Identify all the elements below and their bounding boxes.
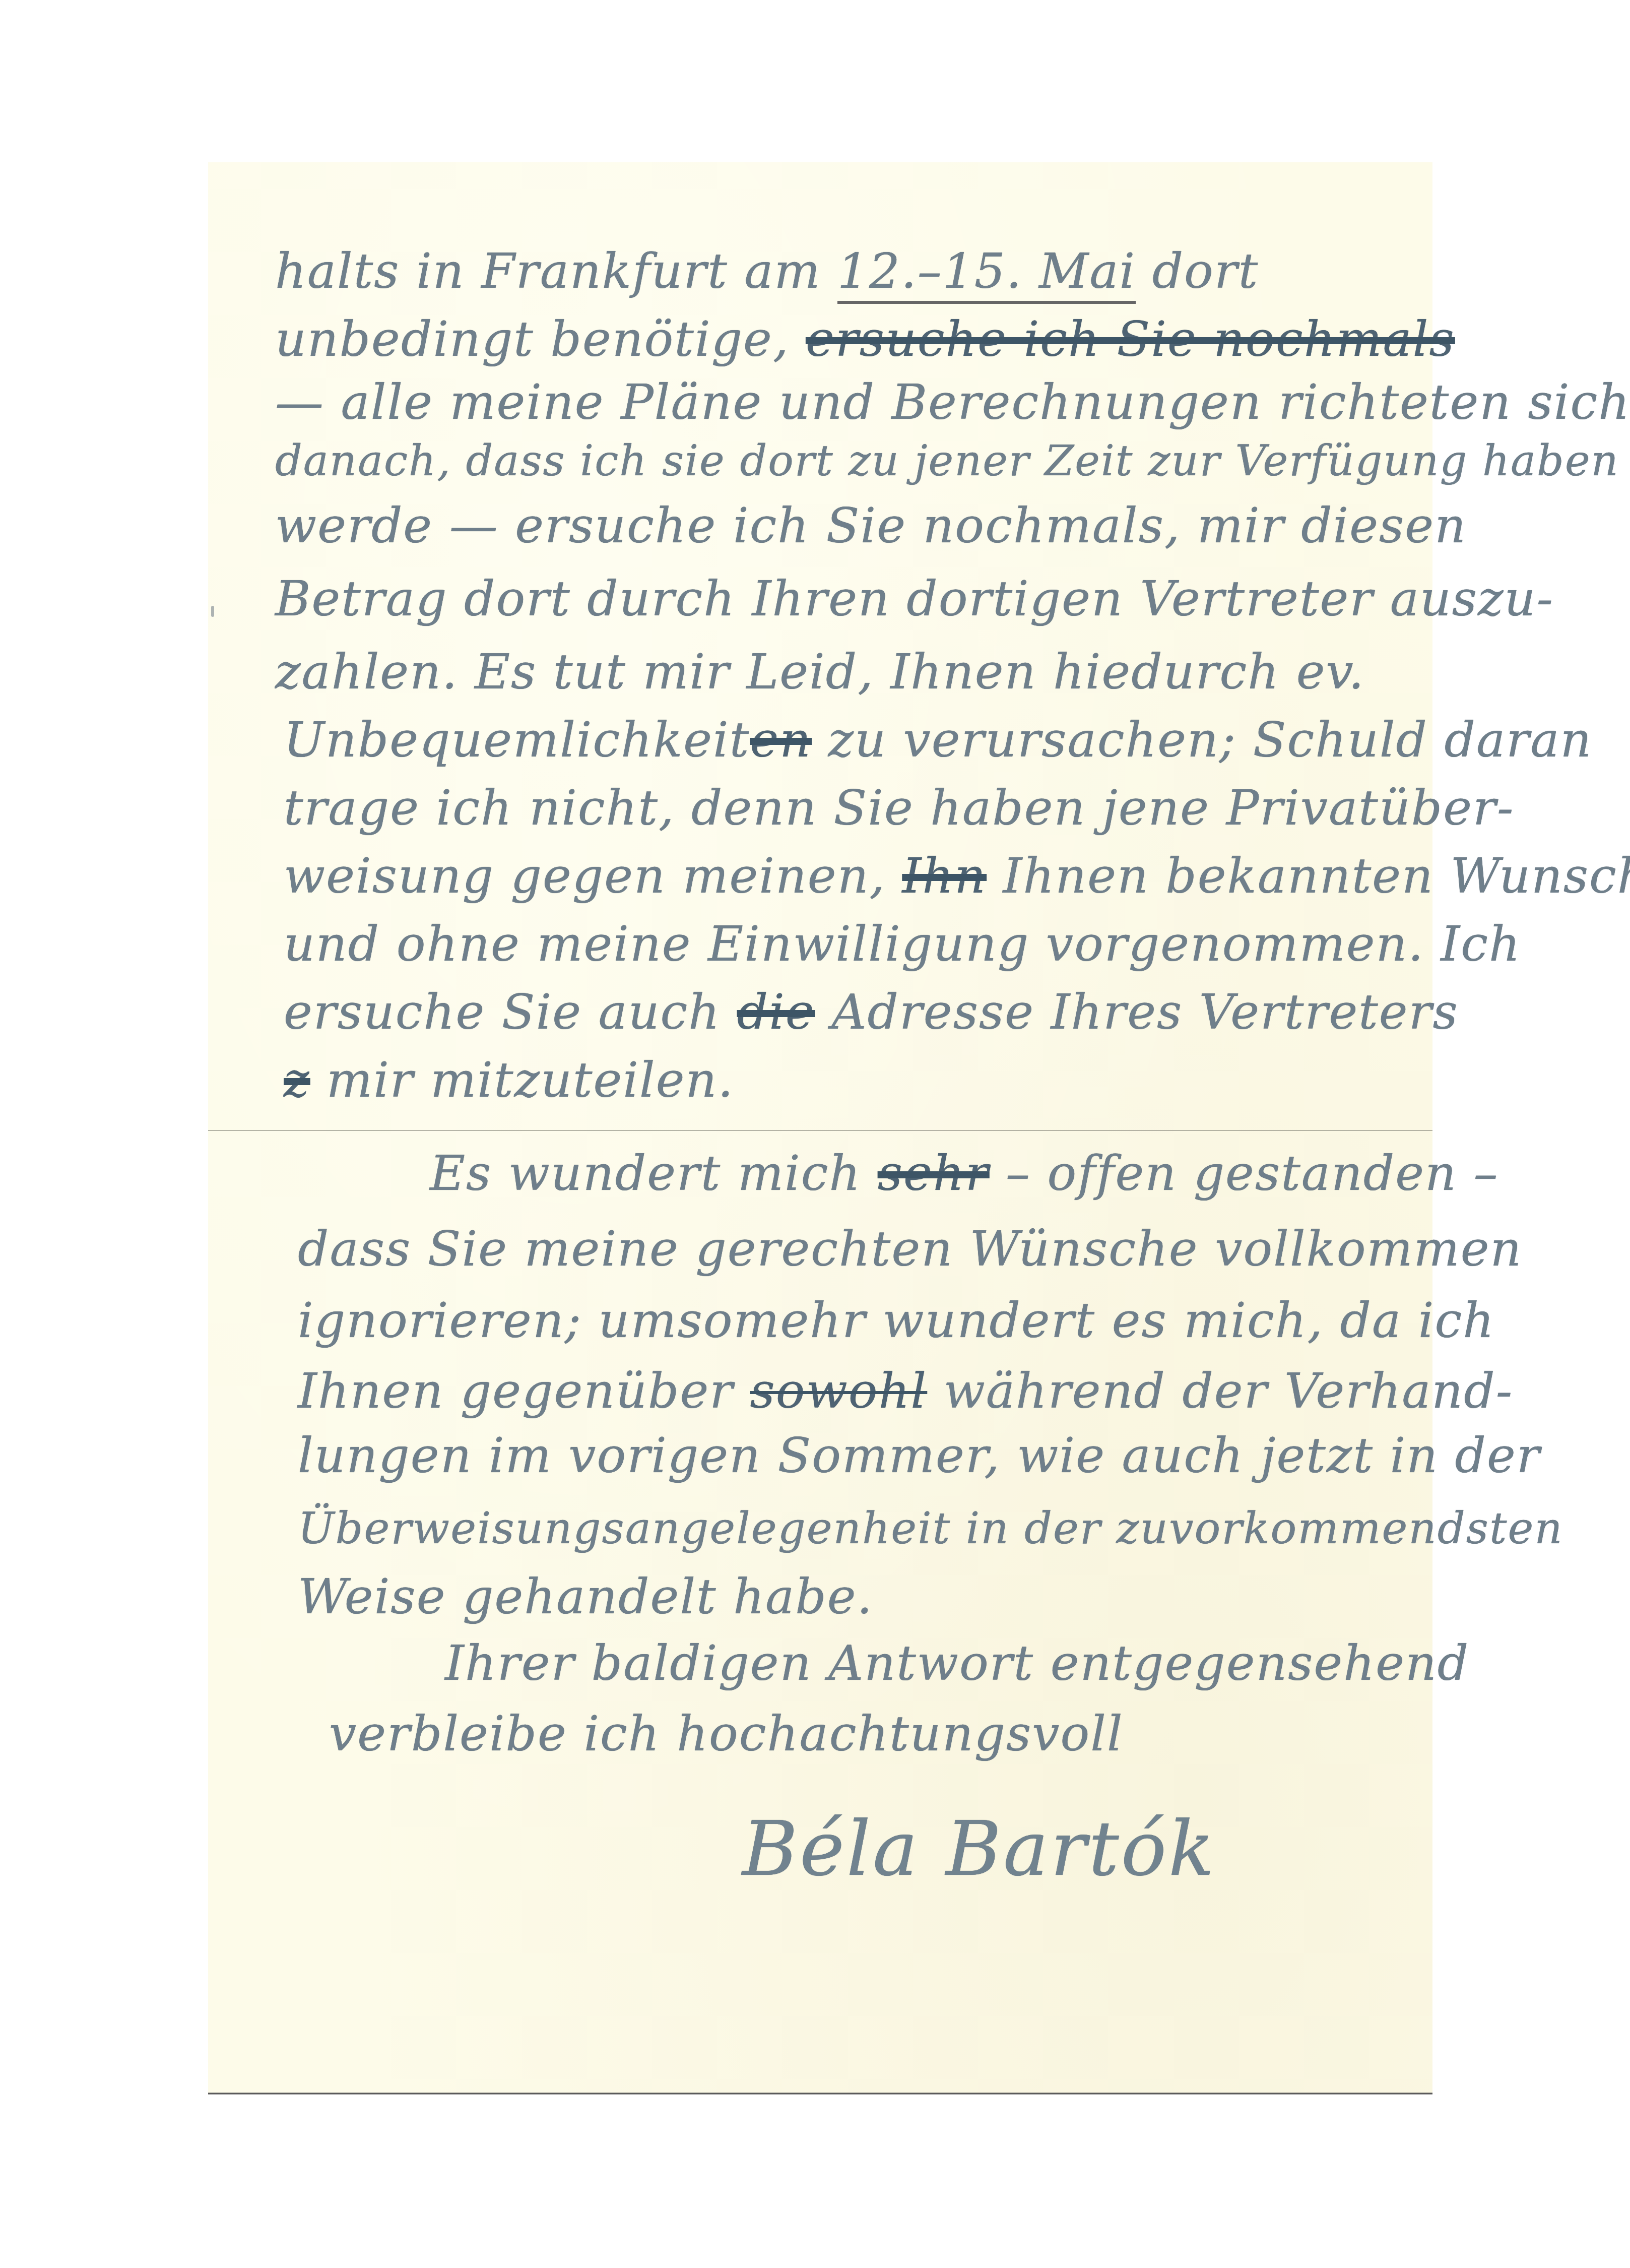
- struck-text: sehr: [878, 1145, 990, 1202]
- struck-text: ersuche ich Sie nochmals: [806, 311, 1455, 367]
- letter-line-9: trage ich nicht, denn Sie haben jene Pri…: [284, 784, 1514, 832]
- line-text: halts in Frankfurt am: [275, 243, 837, 299]
- letter-line-21: Ihrer baldigen Antwort entgegensehend: [445, 1639, 1469, 1687]
- line-text: Unbequemlichkeit: [284, 712, 750, 768]
- line-text: Betrag dort durch Ihren dortigen Vertret…: [275, 571, 1554, 627]
- line-text: ersuche Sie auch: [284, 984, 737, 1040]
- line-text: Adresse Ihres Vertreters: [815, 984, 1459, 1040]
- line-text: danach, dass ich sie dort zu jener Zeit …: [275, 436, 1619, 485]
- letter-line-19: Überweisungsangelegenheit in der zuvorko…: [298, 1507, 1563, 1550]
- struck-text: sowohl: [750, 1363, 928, 1419]
- struck-text: z: [284, 1052, 310, 1108]
- letter-line-16: ignorieren; umsomehr wundert es mich, da…: [298, 1296, 1495, 1345]
- line-text: werde — ersuche ich Sie nochmals, mir di…: [275, 497, 1467, 554]
- letter-line-12: ersuche Sie auch die Adresse Ihres Vertr…: [284, 988, 1459, 1036]
- line-text: trage ich nicht, denn Sie haben jene Pri…: [284, 780, 1514, 836]
- line-text: Ihnen bekannten Wunsch: [987, 848, 1630, 904]
- letter-line-20: Weise gehandelt habe.: [298, 1572, 873, 1621]
- letter-line-3: — alle meine Pläne und Berechnungen rich…: [275, 378, 1630, 426]
- underlined-date: 12.–15. Mai: [837, 243, 1136, 299]
- line-text: ignorieren; umsomehr wundert es mich, da…: [298, 1292, 1495, 1349]
- line-text: unbedingt benötige,: [275, 311, 806, 367]
- letter-line-11: und ohne meine Einwilligung vorgenommen.…: [284, 920, 1521, 968]
- letter-line-4: danach, dass ich sie dort zu jener Zeit …: [275, 439, 1619, 482]
- line-text: weisung gegen meinen,: [284, 848, 902, 904]
- struck-text: en: [750, 712, 812, 768]
- line-text: mir mitzuteilen.: [310, 1052, 734, 1108]
- letter-paper: halts in Frankfurt am 12.–15. Mai dort u…: [208, 162, 1432, 2094]
- letter-line-15: dass Sie meine gerechten Wünsche vollkom…: [298, 1225, 1522, 1273]
- letter-line-7: zahlen. Es tut mir Leid, Ihnen hiedurch …: [275, 648, 1365, 696]
- letter-line-1: halts in Frankfurt am 12.–15. Mai dort: [275, 247, 1259, 295]
- struck-text: Ihn: [902, 848, 987, 904]
- fold-crease: [208, 1130, 1432, 1131]
- letter-line-17: Ihnen gegenüber sowohl während der Verha…: [298, 1367, 1513, 1415]
- letter-line-6: Betrag dort durch Ihren dortigen Vertret…: [275, 575, 1554, 623]
- line-text: Ihrer baldigen Antwort entgegensehend: [445, 1635, 1469, 1691]
- margin-mark: [211, 606, 214, 617]
- line-text: Weise gehandelt habe.: [298, 1568, 873, 1625]
- struck-text: die: [737, 984, 815, 1040]
- line-text: Überweisungsangelegenheit in der zuvorko…: [298, 1503, 1563, 1554]
- line-text: dort: [1136, 243, 1259, 299]
- letter-line-8: Unbequemlichkeiten zu verursachen; Schul…: [284, 716, 1592, 764]
- letter-line-18: lungen im vorigen Sommer, wie auch jetzt…: [298, 1431, 1541, 1480]
- line-text: lungen im vorigen Sommer, wie auch jetzt…: [298, 1427, 1541, 1484]
- line-text: — alle meine Pläne und Berechnungen rich…: [275, 374, 1630, 430]
- line-text: zu verursachen; Schuld daran: [812, 712, 1592, 768]
- line-text: – offen gestanden –: [990, 1145, 1499, 1202]
- line-text: Ihnen gegenüber: [298, 1363, 750, 1419]
- letter-line-22: verbleibe ich hochachtungsvoll: [329, 1710, 1124, 1758]
- line-text: zahlen. Es tut mir Leid, Ihnen hiedurch …: [275, 644, 1365, 700]
- letter-line-14: Es wundert mich sehr – offen gestanden –: [430, 1149, 1498, 1198]
- letter-line-2: unbedingt benötige, ersuche ich Sie noch…: [275, 315, 1455, 363]
- line-text: Es wundert mich: [430, 1145, 878, 1202]
- letter-line-13: z mir mitzuteilen.: [284, 1056, 734, 1104]
- line-text: und ohne meine Einwilligung vorgenommen.…: [284, 916, 1521, 972]
- line-text: verbleibe ich hochachtungsvoll: [329, 1706, 1124, 1762]
- letter-line-10: weisung gegen meinen, Ihn Ihnen bekannte…: [284, 852, 1630, 900]
- line-text: während der Verhand-: [927, 1363, 1513, 1419]
- letter-line-5: werde — ersuche ich Sie nochmals, mir di…: [275, 501, 1467, 550]
- signature: Béla Bartók: [742, 1805, 1216, 1893]
- line-text: dass Sie meine gerechten Wünsche vollkom…: [298, 1221, 1522, 1277]
